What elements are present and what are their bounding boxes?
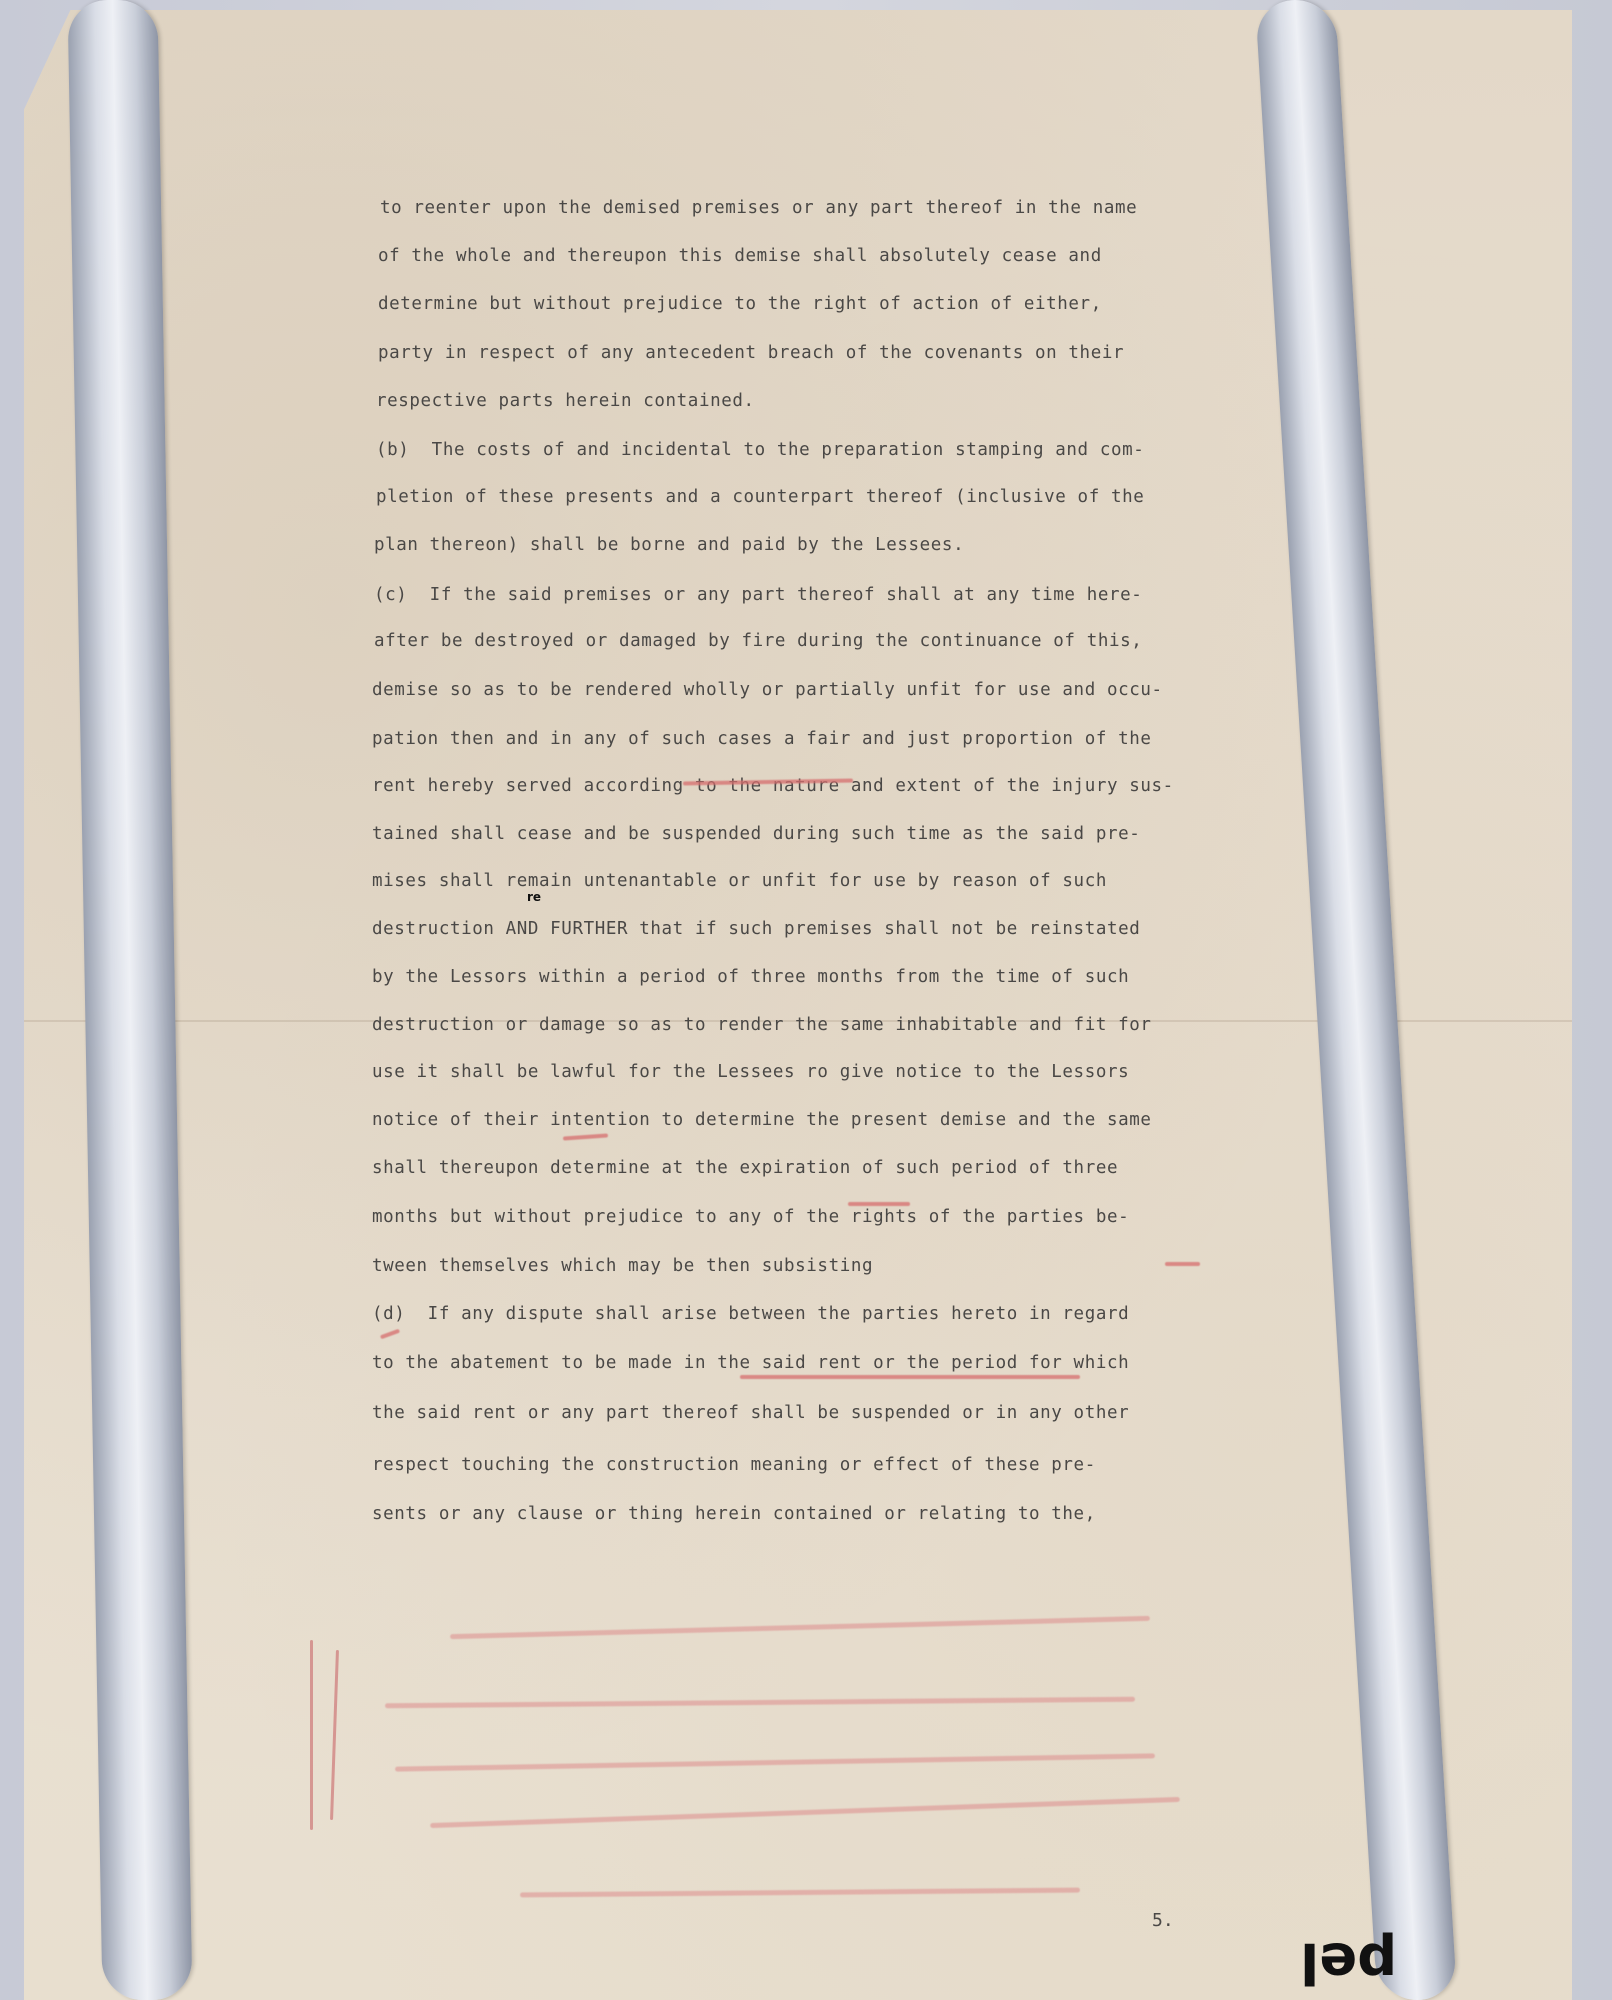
text-line: (c) If the said premises or any part the… — [374, 582, 1142, 608]
text-line: after be destroyed or damaged by fire du… — [374, 628, 1142, 654]
text-line: pletion of these presents and a counterp… — [376, 484, 1144, 510]
text-line: of the whole and thereupon this demise s… — [378, 243, 1102, 269]
text-line: notice of their intention to determine t… — [372, 1107, 1152, 1133]
text-line: (b) The costs of and incidental to the p… — [376, 437, 1144, 463]
text-line: determine but without prejudice to the r… — [378, 291, 1102, 317]
text-line: mises shall remain untenantable or unfit… — [372, 868, 1107, 894]
page-number: 5. — [1152, 1910, 1174, 1931]
text-line: plan thereon) shall be borne and paid by… — [374, 532, 964, 558]
text-line: respect touching the construction meanin… — [372, 1452, 1096, 1478]
text-line: respective parts herein contained. — [376, 388, 755, 414]
text-line: months but without prejudice to any of t… — [372, 1204, 1129, 1230]
red-margin-bar — [310, 1640, 313, 1830]
text-line: to the abatement to be made in the said … — [372, 1350, 1129, 1376]
text-line: by the Lessors within a period of three … — [372, 964, 1129, 990]
text-line: tween themselves which may be then subsi… — [372, 1253, 873, 1279]
text-line: use it shall be lawful for the Lessees r… — [372, 1059, 1129, 1085]
handwritten-insertion: re — [527, 890, 541, 904]
text-line: shall thereupon determine at the expirat… — [372, 1155, 1118, 1181]
red-mark-fit — [1165, 1262, 1200, 1266]
text-line: (d) If any dispute shall arise between t… — [372, 1301, 1129, 1327]
text-line: destruction AND FURTHER that if such pre… — [372, 916, 1140, 942]
text-line: tained shall cease and be suspended duri… — [372, 821, 1140, 847]
text-line: rent hereby served according to the natu… — [372, 773, 1174, 799]
text-line: sents or any clause or thing herein cont… — [372, 1501, 1096, 1527]
text-line: the said rent or any part thereof shall … — [372, 1400, 1129, 1426]
text-line: to reenter upon the demised premises or … — [380, 195, 1137, 221]
text-line: pation then and in any of such cases a f… — [372, 726, 1152, 752]
text-line: destruction or damage so as to render th… — [372, 1012, 1152, 1038]
ribbon-tag-label: pel — [1300, 1930, 1397, 1995]
text-line: party in respect of any antecedent breac… — [378, 340, 1124, 366]
red-underline-three-months — [848, 1202, 910, 1206]
text-line: demise so as to be rendered wholly or pa… — [372, 677, 1163, 703]
red-underline-determine-demise — [740, 1375, 1080, 1379]
